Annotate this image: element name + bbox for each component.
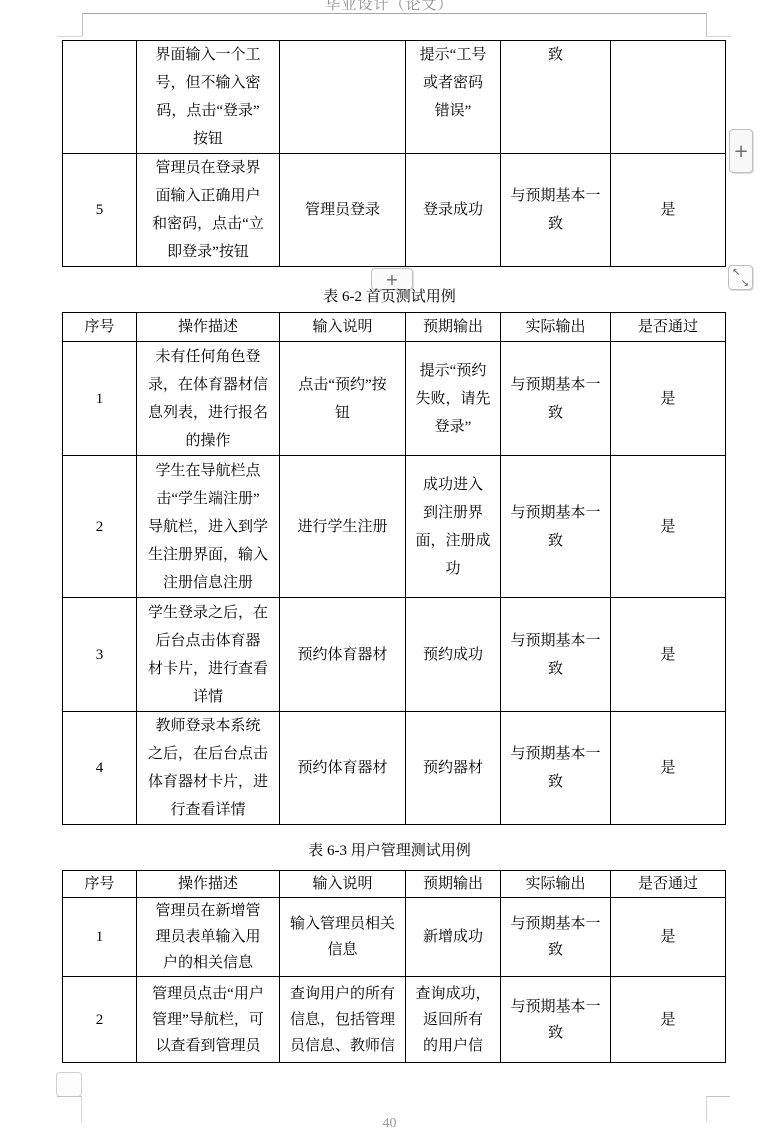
column-header: 预期输出 (406, 313, 501, 342)
column-header: 输入说明 (280, 871, 406, 898)
table-row: 2 学生在导航栏点 击“学生端注册” 导航栏，进入到学 生注册界面，输入 注册信… (63, 456, 726, 598)
table-row: 5 管理员在登录界 面输入正确用户 和密码，点击“立 即登录”按钮 管理员登录 … (63, 154, 726, 267)
cell-operation: 管理员点击“用户 管理”导航栏，可 以查看到管理员 (137, 977, 280, 1063)
crop-mark-top-right-vertical (706, 13, 707, 36)
cell-pass (611, 41, 726, 154)
column-header: 序号 (63, 871, 137, 898)
cell-expected: 查询成功， 返回所有 的用户信 (406, 977, 501, 1063)
crop-mark-top-left-vertical (82, 13, 83, 36)
login-test-table-continued: 界面输入一个工 号，但不输入密 码，点击“登录” 按钮 提示“工号 或者密码 错… (62, 40, 726, 267)
cell-expected: 预约器材 (406, 712, 501, 825)
cell-input: 预约体育器材 (280, 598, 406, 712)
table-row: 4 教师登录本系统 之后，在后台点击 体育器材卡片，进 行查看详情 预约体育器材… (63, 712, 726, 825)
cell-input: 管理员登录 (280, 154, 406, 267)
add-button-right[interactable]: + (729, 129, 753, 173)
cell-actual: 与预期基本一 致 (501, 456, 611, 598)
column-header: 序号 (63, 313, 137, 342)
cell-no: 2 (63, 977, 137, 1063)
cell-pass: 是 (611, 898, 726, 977)
cell-expected: 登录成功 (406, 154, 501, 267)
cell-input (280, 41, 406, 154)
bottom-left-corner-widget (56, 1072, 82, 1097)
table-6-3-caption: 表 6-3 用户管理测试用例 (0, 839, 779, 860)
column-header: 是否通过 (611, 871, 726, 898)
column-header: 实际输出 (501, 871, 611, 898)
cell-expected: 提示“预约 失败，请先 登录” (406, 342, 501, 456)
cell-actual: 与预期基本一 致 (501, 898, 611, 977)
cell-no: 4 (63, 712, 137, 825)
cell-operation: 界面输入一个工 号，但不输入密 码，点击“登录” 按钮 (137, 41, 280, 154)
crop-mark-bottom-left-tick (57, 1096, 81, 1097)
cell-input: 预约体育器材 (280, 712, 406, 825)
cell-input: 输入管理员相关 信息 (280, 898, 406, 977)
cell-no: 2 (63, 456, 137, 598)
cell-no: 1 (63, 342, 137, 456)
cell-expected: 提示“工号 或者密码 错误” (406, 41, 501, 154)
cell-pass: 是 (611, 598, 726, 712)
column-header: 操作描述 (137, 871, 280, 898)
cell-actual: 与预期基本一 致 (501, 154, 611, 267)
homepage-test-table: 序号 操作描述 输入说明 预期输出 实际输出 是否通过 1 未有任何角色登 录，… (62, 312, 726, 825)
cell-actual: 与预期基本一 致 (501, 342, 611, 456)
column-header: 输入说明 (280, 313, 406, 342)
plus-icon: + (733, 141, 748, 162)
cell-operation: 未有任何角色登 录，在体育器材信 息列表，进行报名 的操作 (137, 342, 280, 456)
cell-operation: 管理员在新增管 理员表单输入用 户的相关信息 (137, 898, 280, 977)
user-management-test-table: 序号 操作描述 输入说明 预期输出 实际输出 是否通过 1 管理员在新增管 理员… (62, 870, 726, 1063)
cell-input: 进行学生注册 (280, 456, 406, 598)
cell-actual: 与预期基本一 致 (501, 977, 611, 1063)
cell-pass: 是 (611, 342, 726, 456)
cell-expected: 新增成功 (406, 898, 501, 977)
column-header: 预期输出 (406, 871, 501, 898)
page-number: 40 (0, 1116, 779, 1132)
table-row: 3 学生登录之后，在 后台点击体育器 材卡片，进行查看 详情 预约体育器材 预约… (63, 598, 726, 712)
table-header-row: 序号 操作描述 输入说明 预期输出 实际输出 是否通过 (63, 871, 726, 898)
table-6-2-caption: 表 6-2 首页测试用例 (0, 285, 779, 306)
column-header: 操作描述 (137, 313, 280, 342)
table-row: 1 未有任何角色登 录，在体育器材信 息列表，进行报名 的操作 点击“预约”按 … (63, 342, 726, 456)
cell-pass: 是 (611, 154, 726, 267)
table-row: 2 管理员点击“用户 管理”导航栏，可 以查看到管理员 查询用户的所有 信息，包… (63, 977, 726, 1063)
cell-input: 点击“预约”按 钮 (280, 342, 406, 456)
cell-pass: 是 (611, 712, 726, 825)
crop-mark-bottom-right-tick (706, 1096, 730, 1097)
cell-actual: 与预期基本一 致 (501, 598, 611, 712)
cell-input: 查询用户的所有 信息，包括管理 员信息、教师信 (280, 977, 406, 1063)
crop-mark-top-left-tick (57, 36, 82, 37)
cell-no: 5 (63, 154, 137, 267)
cell-expected: 成功进入 到注册界 面，注册成 功 (406, 456, 501, 598)
cell-no: 1 (63, 898, 137, 977)
cell-actual: 与预期基本一 致 (501, 712, 611, 825)
crop-mark-top-right-tick (706, 36, 731, 37)
cell-operation: 教师登录本系统 之后，在后台点击 体育器材卡片，进 行查看详情 (137, 712, 280, 825)
cell-operation: 管理员在登录界 面输入正确用户 和密码，点击“立 即登录”按钮 (137, 154, 280, 267)
cell-no (63, 41, 137, 154)
cell-operation: 学生在导航栏点 击“学生端注册” 导航栏，进入到学 生注册界面，输入 注册信息注… (137, 456, 280, 598)
arrow-up-left-icon: ↖ (732, 267, 740, 278)
cell-actual: 致 (501, 41, 611, 154)
document-page: 毕业设计（论文） 界面输入一个工 号，但不输入密 码，点击“登录” 按钮 提示“… (0, 0, 779, 1134)
page-header-title: 毕业设计（论文） (0, 0, 779, 14)
column-header: 实际输出 (501, 313, 611, 342)
cell-operation: 学生登录之后，在 后台点击体育器 材卡片，进行查看 详情 (137, 598, 280, 712)
column-header: 是否通过 (611, 313, 726, 342)
table-row: 1 管理员在新增管 理员表单输入用 户的相关信息 输入管理员相关 信息 新增成功… (63, 898, 726, 977)
table-row: 界面输入一个工 号，但不输入密 码，点击“登录” 按钮 提示“工号 或者密码 错… (63, 41, 726, 154)
cell-pass: 是 (611, 456, 726, 598)
header-underline (82, 13, 706, 14)
table-header-row: 序号 操作描述 输入说明 预期输出 实际输出 是否通过 (63, 313, 726, 342)
cell-pass: 是 (611, 977, 726, 1063)
cell-no: 3 (63, 598, 137, 712)
cell-expected: 预约成功 (406, 598, 501, 712)
